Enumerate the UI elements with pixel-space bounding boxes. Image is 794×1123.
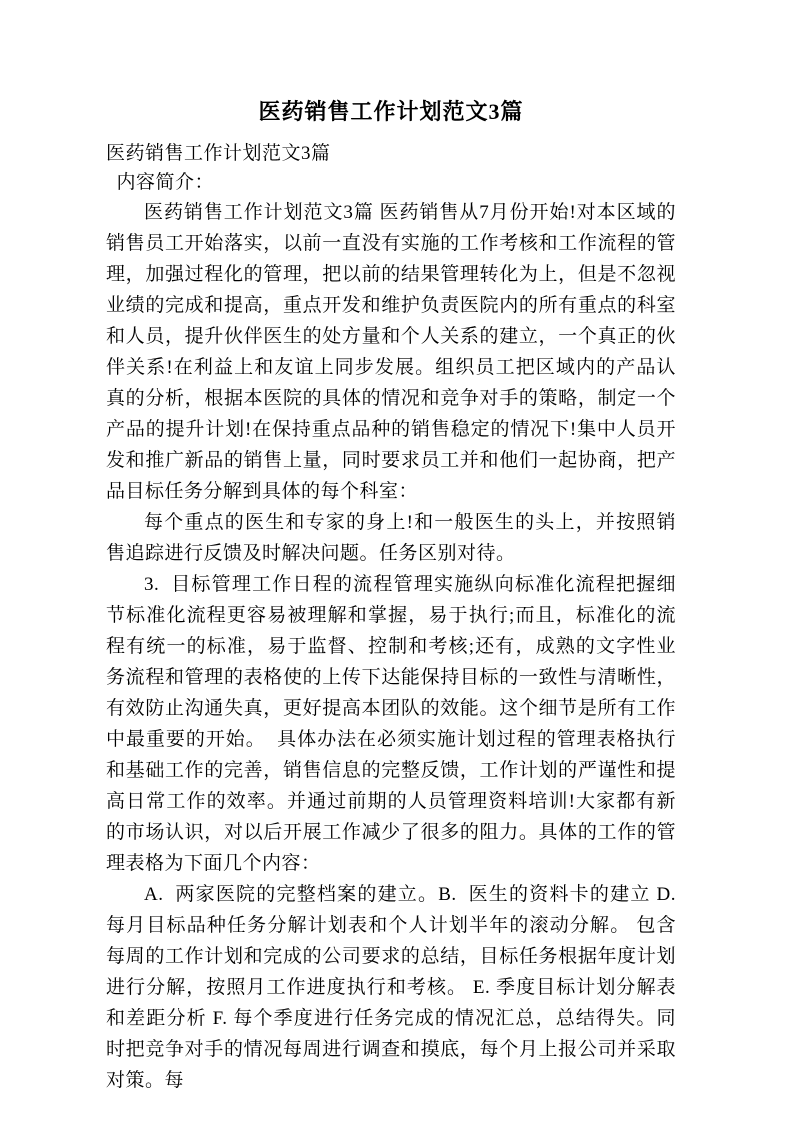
document-page: 医药销售工作计划范文3篇 医药销售工作计划范文3篇 内容简介： 医药销售工作计划… (0, 0, 794, 1123)
paragraph-4: A. 两家医院的完整档案的建立。B. 医生的资料卡的建立 D. 每月目标品种任务… (106, 879, 676, 1096)
intro-label: 内容简介： (106, 168, 676, 197)
paragraph-2: 每个重点的医生和专家的身上!和一般医生的头上，并按照销售追踪进行反馈及时解决问题… (106, 507, 676, 569)
paragraph-1: 医药销售工作计划范文3篇 医药销售从7月份开始!对本区域的销售员工开始落实，以前… (106, 197, 676, 507)
document-title: 医药销售工作计划范文3篇 (106, 96, 676, 127)
paragraph-3: 3. 目标管理工作日程的流程管理实施纵向标准化流程把握细节标准化流程更容易被理解… (106, 569, 676, 879)
subtitle-line: 医药销售工作计划范文3篇 (106, 140, 676, 168)
